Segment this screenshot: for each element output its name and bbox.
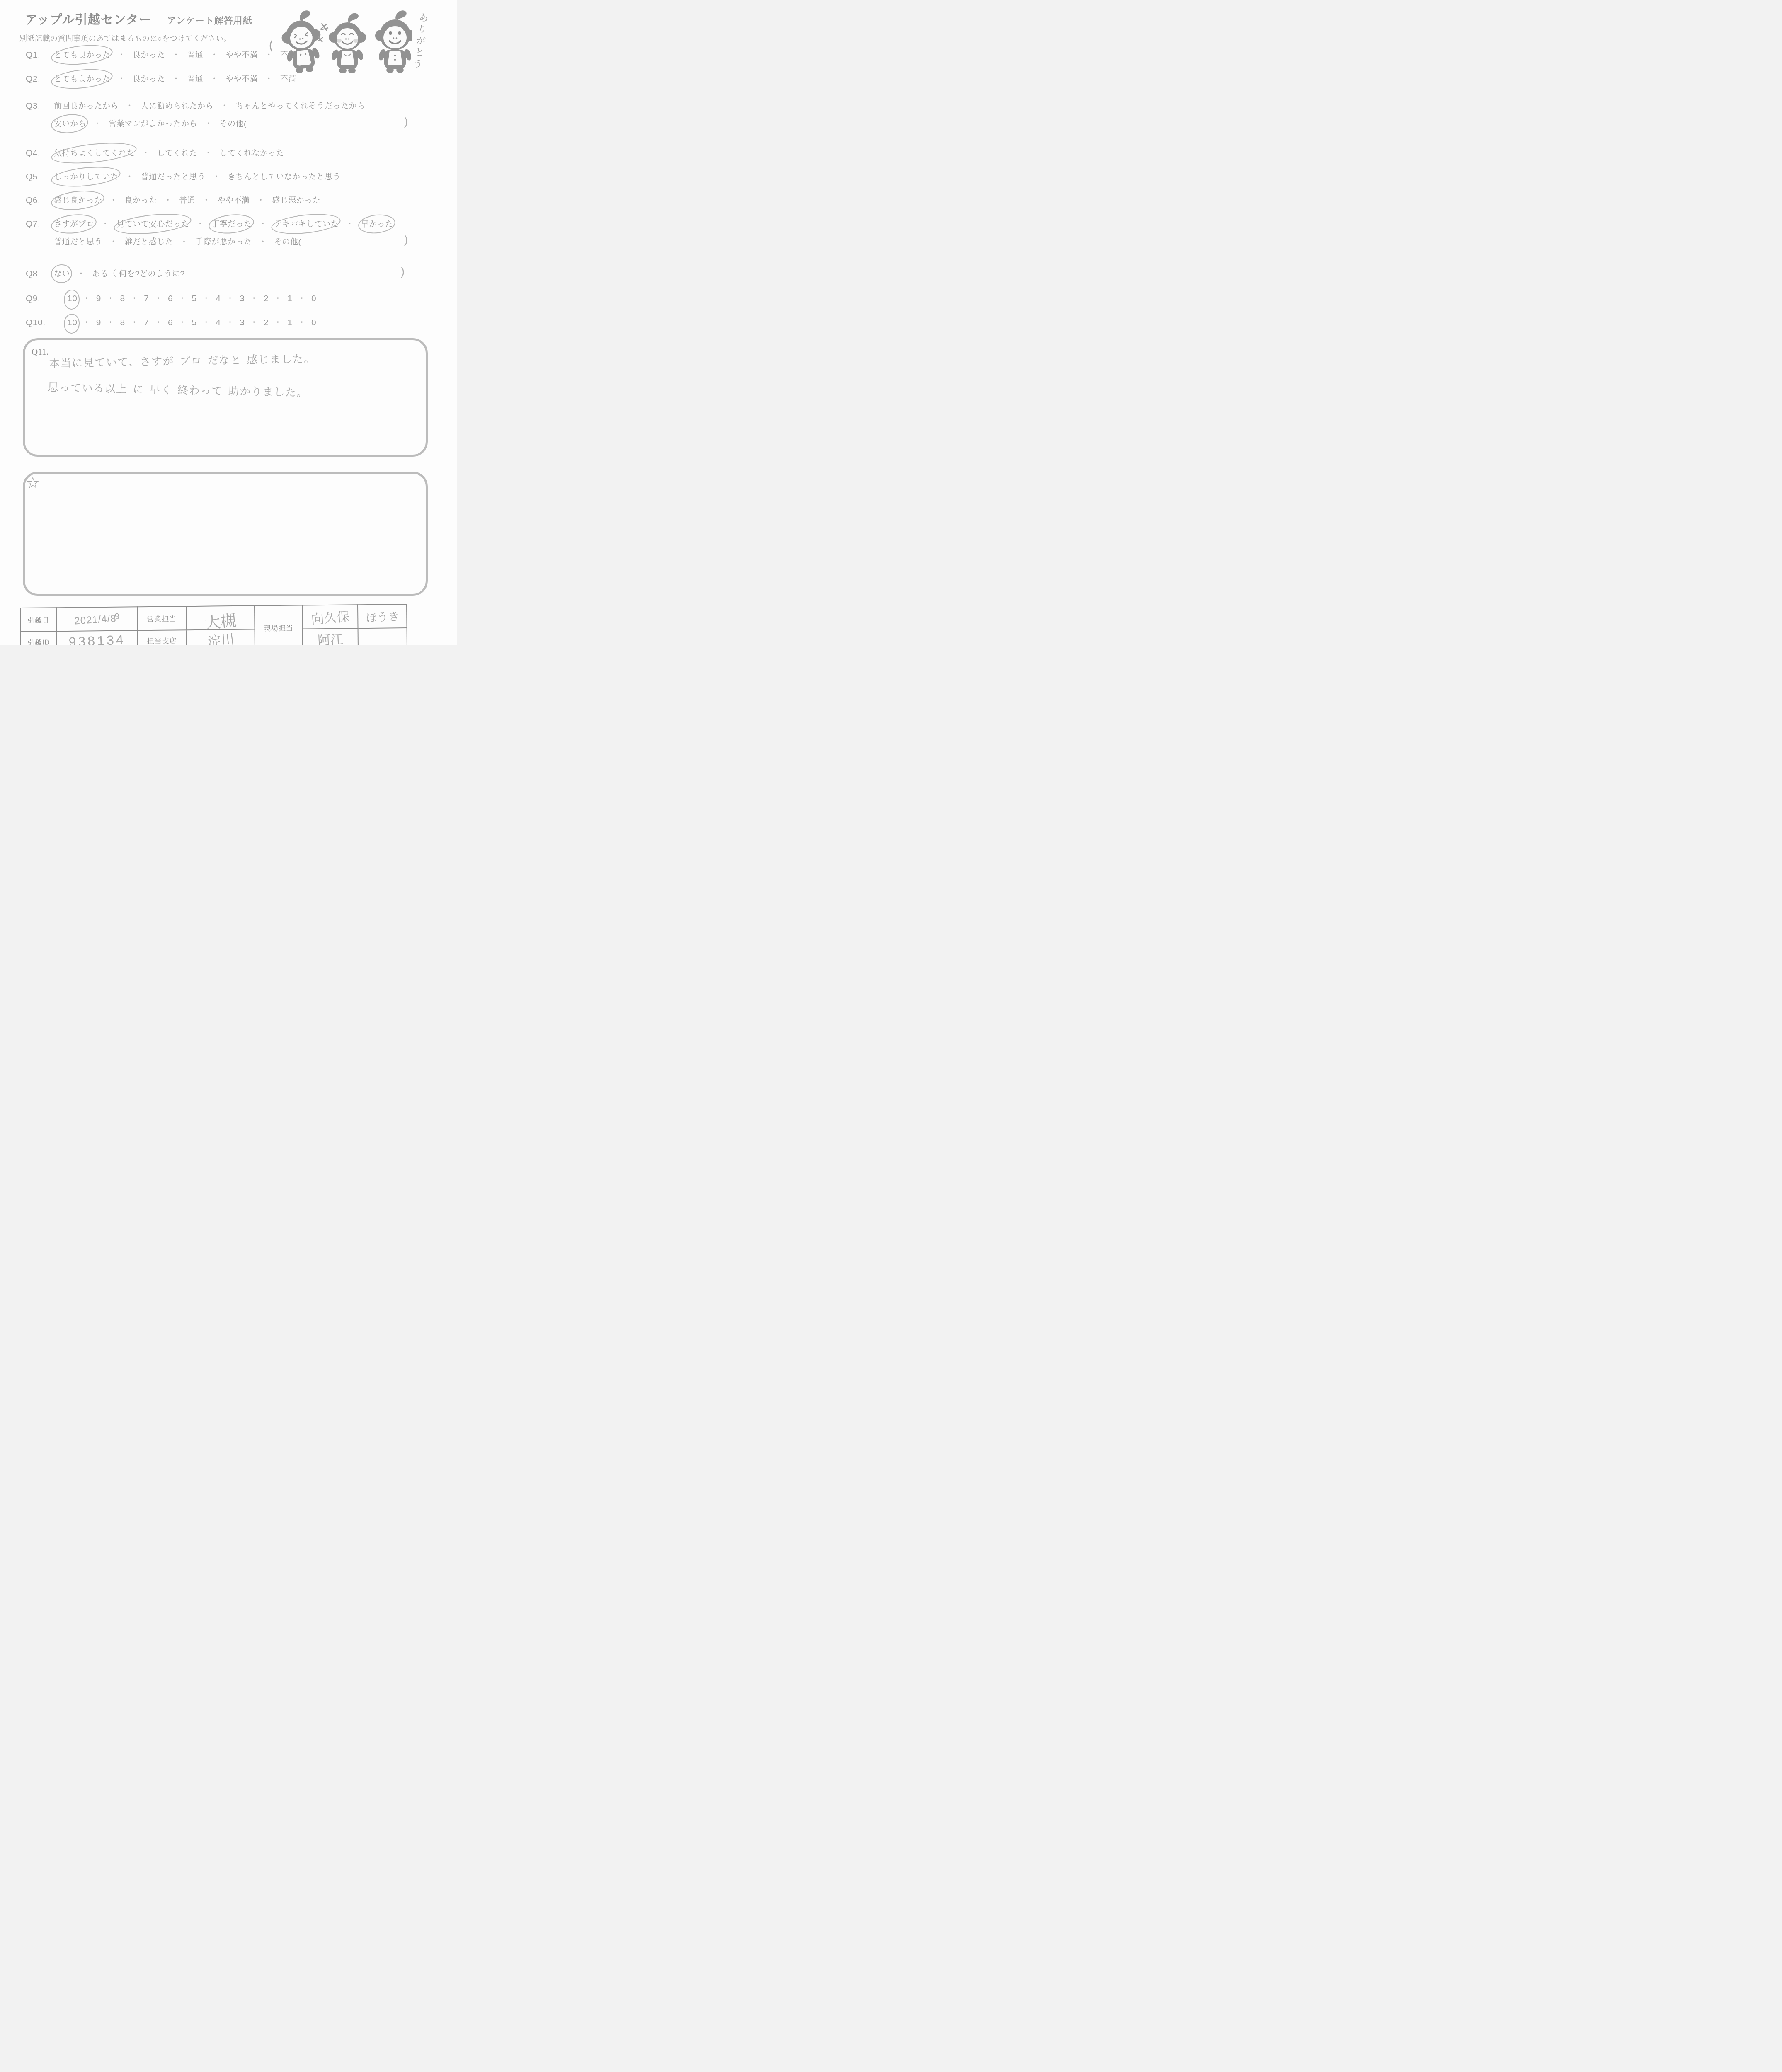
- option-circled: 感じ良かった: [54, 194, 102, 206]
- question-label: Q2.: [26, 74, 54, 84]
- option-separator: ・: [225, 294, 235, 303]
- option-separator: ・: [102, 220, 110, 229]
- option-separator: ・: [204, 149, 213, 158]
- question-q10: Q10.10・9・8・7・6・5・4・3・2・1・0: [26, 316, 316, 328]
- option-separator: ・: [164, 196, 172, 205]
- scale-value: 0: [311, 294, 316, 304]
- option: 普通: [179, 194, 195, 206]
- scale-value-circled: 10: [67, 318, 77, 328]
- question-label: Q11.: [32, 347, 48, 357]
- question-q3: Q3.前回良かったから・人に勧められたから・ちゃんとやってくれそうだったから: [26, 100, 365, 111]
- site-rep-handwriting-1: 向久保: [310, 606, 350, 627]
- option: その他(: [274, 236, 301, 247]
- closing-paren: ): [404, 233, 408, 246]
- option-separator: ・: [225, 318, 235, 327]
- option-circled: ない: [54, 268, 70, 279]
- option-separator: ・: [250, 294, 259, 303]
- company-brand: アップル引越センター: [25, 9, 152, 27]
- move-id-value: 938134: [57, 630, 138, 645]
- monkey-mascots-illustration: [269, 7, 412, 73]
- question-q2: Q2.とてもよかった・良かった・普通・やや不満・不満: [26, 73, 296, 84]
- scale-value: 6: [168, 294, 173, 304]
- option-separator: ・: [250, 318, 259, 327]
- option-separator: ・: [109, 238, 118, 247]
- footer-info-table: 引越日 2021/4/89 営業担当 大槻 現場担当 向久保 ほうき 引越ID …: [20, 604, 407, 645]
- option: やや不満: [218, 194, 250, 206]
- question-label: Q10.: [26, 318, 67, 328]
- option-separator: ・: [130, 294, 139, 303]
- question-q4: Q4.気持ちよくしてくれた・してくれた・してくれなかった: [26, 147, 284, 158]
- scale-value: 3: [240, 318, 245, 328]
- option-separator: ・: [77, 270, 85, 278]
- scale-value: 1: [287, 318, 292, 328]
- scale-value: 4: [216, 294, 221, 304]
- option-separator: ・: [211, 51, 219, 60]
- option-separator: ・: [126, 102, 134, 111]
- option-separator: ・: [142, 149, 150, 158]
- option-separator: ・: [178, 294, 187, 303]
- option-separator: ・: [180, 238, 189, 247]
- star-comment-box: ☆: [23, 472, 428, 596]
- option: 人に勧められたから: [141, 100, 214, 111]
- question-label: Q4.: [26, 148, 54, 158]
- table-row: 引越日 2021/4/89 営業担当 大槻 現場担当 向久保 ほうき: [20, 604, 407, 632]
- question-q9: Q9.10・9・8・7・6・5・4・3・2・1・0: [26, 292, 316, 304]
- option: その他(: [220, 118, 247, 129]
- option-separator: ・: [202, 294, 211, 303]
- question-label: Q9.: [26, 294, 67, 304]
- scale-value: 7: [144, 294, 149, 304]
- option-circled: とても良かった: [54, 49, 111, 60]
- option-separator: ・: [265, 75, 273, 84]
- closing-paren: ): [404, 115, 408, 128]
- scale-value-circled: 10: [67, 294, 77, 304]
- question-label: Q7.: [26, 219, 54, 229]
- option: 感じ悪かった: [272, 194, 320, 206]
- option: 営業マンがよかったから: [109, 118, 198, 129]
- move-date-handwriting: 2021/4/8: [74, 613, 117, 627]
- question-label: Q6.: [26, 196, 54, 206]
- option-separator: ・: [106, 318, 115, 327]
- option: 良かった: [125, 194, 157, 206]
- monkey-2-icon: [329, 13, 366, 73]
- option-circled: 見ていて安心だった: [116, 218, 189, 229]
- option: 不満: [280, 73, 296, 84]
- option-separator: ・: [274, 318, 283, 327]
- option: 手際が悪かった: [195, 236, 252, 247]
- option-separator: ・: [257, 196, 265, 205]
- site-rep-value-4: [358, 628, 407, 645]
- option-separator: ・: [106, 294, 115, 303]
- scale-value: 2: [264, 318, 269, 328]
- option-circled: しっかりしていた: [54, 171, 119, 182]
- option-separator: ・: [274, 294, 283, 303]
- scanned-survey-sheet: アップル引越センター アンケート解答用紙 別紙記載の質問事項のあてはまるものに○…: [0, 0, 457, 645]
- sales-rep-label: 営業担当: [137, 606, 187, 630]
- option-separator: ・: [265, 51, 273, 60]
- site-rep-value-1: 向久保: [302, 605, 358, 629]
- branch-value: 淀川: [187, 629, 255, 645]
- scale-value: 8: [120, 318, 125, 328]
- branch-label: 担当支店: [138, 630, 187, 645]
- instruction-text: 別紙記載の質問事項のあてはまるものに○をつけてください。: [19, 33, 231, 44]
- option: してくれた: [157, 147, 198, 158]
- option-circled: とてもよかった: [54, 73, 111, 84]
- question-label: Q5.: [26, 172, 54, 182]
- option: ちゃんとやってくれそうだったから: [236, 100, 365, 111]
- site-rep-handwriting-2: ほうき: [365, 607, 400, 625]
- option-circled: 安いから: [54, 118, 86, 129]
- site-rep-value-2: ほうき: [358, 604, 407, 628]
- scale-value: 5: [192, 294, 197, 304]
- option: 雑だと感じた: [125, 236, 173, 247]
- question-q5: Q5.しっかりしていた・普通だったと思う・きちんとしていなかったと思う: [26, 171, 341, 182]
- scale-value: 9: [96, 294, 101, 304]
- scale-value: 4: [216, 318, 221, 328]
- option: 良かった: [133, 73, 165, 84]
- option-separator: ・: [259, 220, 267, 229]
- option-separator: ・: [154, 294, 163, 303]
- option-circled: テキパキしていた: [274, 218, 339, 229]
- option-separator: ・: [259, 238, 267, 247]
- site-rep-label: 現場担当: [255, 605, 303, 645]
- question-label: Q1.: [26, 50, 54, 60]
- question-q7: Q7.さすがプロ・見ていて安心だった・丁寧だった・テキパキしていた・早かった: [26, 218, 393, 229]
- scale-value: 6: [168, 318, 173, 328]
- question-q7-line2: 普通だと思う・雑だと感じた・手際が悪かった・その他(: [54, 236, 301, 247]
- question-q8: Q8.ない・ある（ 何を?どのように?: [26, 268, 184, 279]
- option-separator: ・: [93, 120, 102, 128]
- option-separator: ・: [82, 294, 91, 303]
- scale-value: 0: [311, 318, 316, 328]
- option: 普通: [187, 49, 204, 60]
- scan-artifact-line: [7, 314, 7, 638]
- question-q3-line2: 安いから・営業マンがよかったから・その他(: [54, 118, 247, 129]
- sales-rep-value: 大槻: [186, 606, 255, 630]
- move-id-label: 引越ID: [21, 631, 57, 645]
- option-separator: ・: [172, 51, 180, 60]
- scale-value: 3: [240, 294, 245, 304]
- option-separator: ・: [221, 102, 229, 111]
- option-separator: ・: [202, 318, 211, 327]
- move-date-value: 2021/4/89: [56, 607, 138, 631]
- option-circled: 丁寧だった: [211, 218, 252, 229]
- thanks-vertical-text: ありがとう: [410, 12, 431, 75]
- scale-value: 5: [192, 318, 197, 328]
- option-separator: ・: [172, 75, 180, 84]
- option-separator: ・: [213, 173, 221, 182]
- option-separator: ・: [211, 75, 219, 84]
- option: してくれなかった: [220, 147, 284, 158]
- option: やや不満: [225, 73, 258, 84]
- form-title: アンケート解答用紙: [167, 14, 252, 27]
- option-separator: ・: [118, 51, 126, 60]
- option-separator: ・: [298, 318, 307, 327]
- option-separator: ・: [202, 196, 211, 205]
- q11-comment-box: Q11. 本当に見ていて、さすが プロ だなと 感じました。 思っている以上 に…: [23, 338, 428, 457]
- scale-value: 2: [264, 294, 269, 304]
- scale-value: 8: [120, 294, 125, 304]
- option-separator: ・: [154, 318, 163, 327]
- option: やや不満: [225, 49, 258, 60]
- option-separator: ・: [82, 318, 91, 327]
- option: 普通だったと思う: [141, 171, 206, 182]
- question-q1: Q1.とても良かった・良かった・普通・やや不満・不満: [26, 49, 296, 60]
- option: 良かった: [133, 49, 165, 60]
- site-rep-value-3: 阿江: [303, 628, 358, 645]
- option-separator: ・: [126, 173, 134, 182]
- option: 不満: [280, 49, 296, 60]
- question-label: Q3.: [26, 101, 54, 111]
- handwritten-comment-line1: 本当に見ていて、さすが プロ だなと 感じました。: [49, 350, 315, 370]
- question-label: Q8.: [26, 269, 54, 279]
- move-date-label: 引越日: [20, 608, 57, 632]
- option-separator: ・: [109, 196, 118, 205]
- option-separator: ・: [118, 75, 126, 84]
- scale-value: 7: [144, 318, 149, 328]
- option-separator: ・: [346, 220, 354, 229]
- option-separator: ・: [298, 294, 307, 303]
- question-q6: Q6.感じ良かった・良かった・普通・やや不満・感じ悪かった: [26, 194, 320, 206]
- scale-value: 1: [287, 294, 292, 304]
- monkey-3-icon: [375, 10, 412, 73]
- option-circled: 早かった: [361, 218, 393, 229]
- option-separator: ・: [130, 318, 139, 327]
- star-icon: ☆: [26, 474, 40, 492]
- option: きちんとしていなかったと思う: [228, 171, 341, 182]
- site-rep-handwriting-3: 阿江: [317, 629, 344, 645]
- option: 普通だと思う: [54, 236, 102, 247]
- option-separator: ・: [178, 318, 187, 327]
- option-separator: ・: [204, 120, 213, 128]
- option: 前回良かったから: [54, 100, 119, 111]
- scale-value: 9: [96, 318, 101, 328]
- move-id-handwriting: 938134: [68, 632, 126, 645]
- move-date-correction: 9: [114, 612, 120, 622]
- option-circled: さすがプロ: [54, 218, 95, 229]
- option: ある（ 何を?どのように?: [92, 268, 185, 279]
- option-circled: 気持ちよくしてくれた: [54, 147, 135, 158]
- handwritten-comment-line2: 思っている以上 に 早く 終わって 助かりました。: [48, 379, 308, 399]
- option: 普通: [187, 73, 204, 84]
- closing-paren: ): [401, 265, 405, 278]
- option-separator: ・: [196, 220, 205, 229]
